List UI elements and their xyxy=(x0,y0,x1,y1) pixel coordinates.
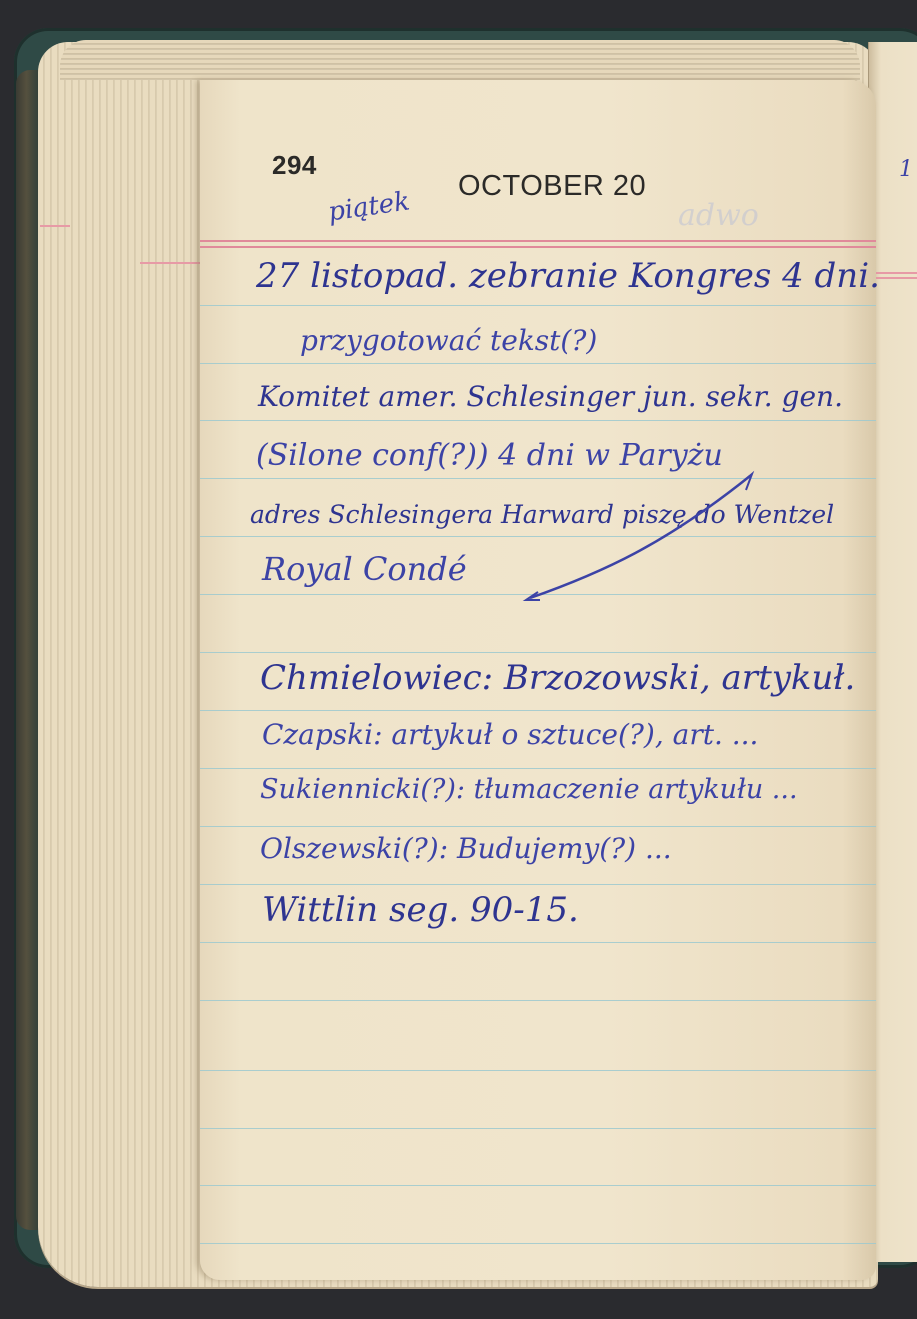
entry-line-3: Komitet amer. Schlesinger jun. sekr. gen… xyxy=(258,380,843,413)
entry-line-2: przygotować tekst(?) xyxy=(300,324,597,357)
red-header-rule-2 xyxy=(200,246,876,248)
page-stack-top xyxy=(60,40,860,80)
entry-line-6: Royal Condé xyxy=(262,550,467,588)
ruled-line xyxy=(200,826,876,827)
red-rule-edge xyxy=(40,225,70,227)
ruled-line xyxy=(200,420,876,421)
red-header-rule xyxy=(200,240,876,242)
page-number: 294 xyxy=(272,150,317,181)
entry-line-1: 27 listopad. zebranie Kongres 4 dni. xyxy=(256,256,880,296)
ruled-line xyxy=(200,1128,876,1129)
entry-line-4: (Silone conf(?)) 4 dni w Paryżu xyxy=(256,438,723,473)
entry-line-5: adres Schlesingera Harward piszę do Went… xyxy=(250,500,834,529)
ruled-line xyxy=(200,363,876,364)
diary-page: 294 OCTOBER 20 adwo piątek 27 listopad. … xyxy=(200,80,876,1280)
ruled-line xyxy=(200,1185,876,1186)
facing-page-mark: 1 xyxy=(899,157,913,182)
margin-note: piątek xyxy=(326,186,411,227)
ruled-line xyxy=(200,884,876,885)
ruled-line xyxy=(200,1000,876,1001)
ruled-line xyxy=(200,478,876,479)
ruled-line xyxy=(200,710,876,711)
ruled-line xyxy=(200,652,876,653)
bleed-through-text: adwo xyxy=(678,198,759,233)
entry-line-10: Olszewski(?): Budujemy(?) ... xyxy=(260,832,672,865)
ruled-line xyxy=(200,942,876,943)
entry-line-8: Czapski: artykuł o sztuce(?), art. ... xyxy=(262,718,758,751)
red-rule-edge-2 xyxy=(140,262,200,264)
entry-line-11: Wittlin seg. 90-15. xyxy=(262,890,579,930)
ruled-line xyxy=(200,536,876,537)
ruled-line xyxy=(200,594,876,595)
ruled-line xyxy=(200,768,876,769)
ruled-line xyxy=(200,305,876,306)
date-heading: OCTOBER 20 xyxy=(458,170,646,203)
entry-line-7: Chmielowiec: Brzozowski, artykuł. xyxy=(260,658,855,698)
ruled-line xyxy=(200,1243,876,1244)
entry-line-9: Sukiennicki(?): tłumaczenie artykułu ... xyxy=(260,774,798,805)
ruled-line xyxy=(200,1070,876,1071)
